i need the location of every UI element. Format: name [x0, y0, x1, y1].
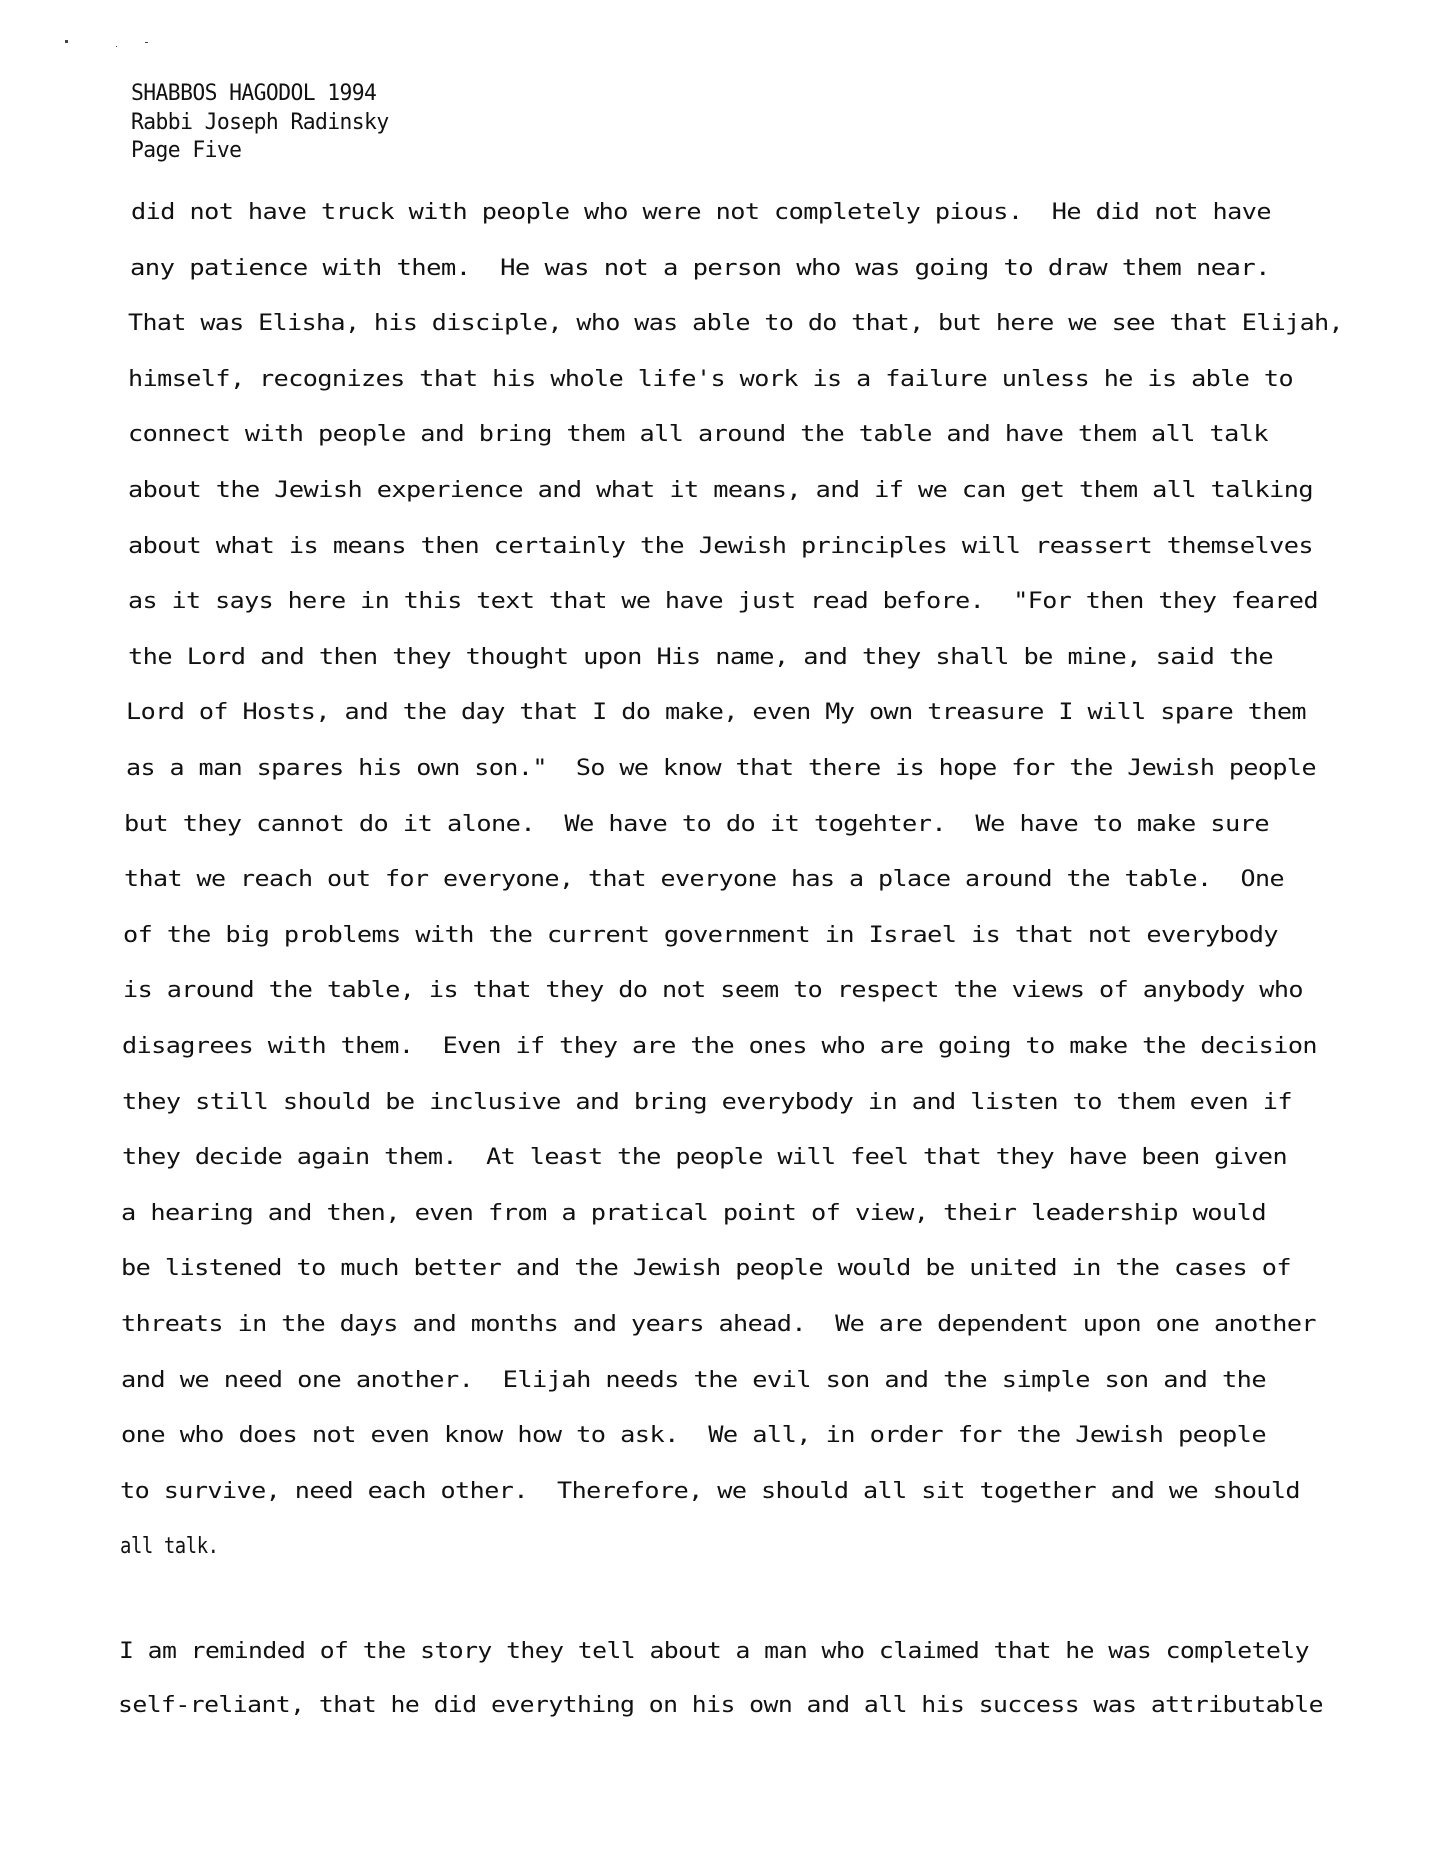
header-page-number: Page Five: [131, 137, 389, 166]
text-line: to survive, need each other. Therefore, …: [120, 1479, 1300, 1504]
text-line: they decide again them. At least the peo…: [122, 1145, 1287, 1170]
text-line: connect with people and bring them all a…: [128, 422, 1268, 447]
text-line: threats in the days and months and years…: [121, 1312, 1316, 1337]
text-line: That was Elisha, his disciple, who was a…: [128, 311, 1343, 336]
text-line: about the Jewish experience and what it …: [128, 478, 1313, 503]
text-line: and we need one another. Elijah needs th…: [121, 1368, 1266, 1393]
scan-speck: [65, 40, 68, 43]
header-title: SHABBOS HAGODOL 1994: [131, 80, 389, 109]
text-line: about what is means then certainly the J…: [128, 534, 1313, 559]
text-line: as it says here in this text that we hav…: [128, 589, 1318, 614]
text-line: as a man spares his own son." So we know…: [126, 756, 1316, 781]
text-line: any patience with them. He was not a per…: [130, 256, 1270, 281]
text-line: Lord of Hosts, and the day that I do mak…: [126, 700, 1306, 725]
text-line: himself, recognizes that his whole life'…: [128, 367, 1293, 392]
document-header: SHABBOS HAGODOL 1994 Rabbi Joseph Radins…: [131, 80, 389, 166]
text-line: that we reach out for everyone, that eve…: [124, 867, 1284, 892]
text-line: is around the table, is that they do not…: [123, 978, 1303, 1003]
header-author: Rabbi Joseph Radinsky: [131, 109, 389, 138]
text-line: one who does not even know how to ask. W…: [121, 1423, 1266, 1448]
scan-speck: [145, 42, 148, 43]
text-line: self-reliant, that he did everything on …: [118, 1693, 1323, 1718]
text-line: the Lord and then they thought upon His …: [128, 645, 1273, 670]
text-line: but they cannot do it alone. We have to …: [124, 812, 1269, 837]
text-line: a hearing and then, even from a pratical…: [121, 1201, 1266, 1226]
text-line: I am reminded of the story they tell abo…: [119, 1639, 1309, 1664]
text-line: all talk.: [120, 1534, 219, 1559]
text-line: of the big problems with the current gov…: [123, 923, 1278, 948]
text-line: they still should be inclusive and bring…: [122, 1090, 1292, 1115]
text-line: did not have truck with people who were …: [131, 200, 1271, 225]
scan-speck: [116, 46, 117, 47]
text-line: be listened to much better and the Jewis…: [121, 1256, 1291, 1281]
text-line: disagrees with them. Even if they are th…: [122, 1034, 1317, 1059]
